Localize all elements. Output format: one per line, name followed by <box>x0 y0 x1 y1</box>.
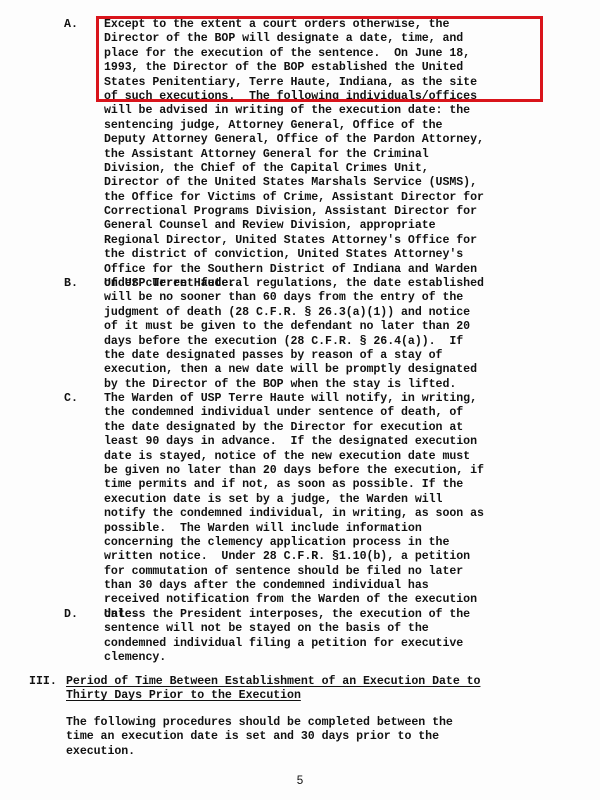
section-iii-label: III. <box>29 675 57 689</box>
section-c-label: C. <box>64 392 78 406</box>
text-line: by the Director of the BOP when the stay… <box>104 378 484 392</box>
text-line: Regional Director, United States Attorne… <box>104 234 484 248</box>
text-line: will be advised in writing of the execut… <box>104 104 484 118</box>
text-line: States Penitentiary, Terre Haute, Indian… <box>104 76 484 90</box>
text-line: received notification from the Warden of… <box>104 593 484 607</box>
text-line: Under current federal regulations, the d… <box>104 277 484 291</box>
text-line: sentencing judge, Attorney General, Offi… <box>104 119 484 133</box>
section-b-paragraph: Under current federal regulations, the d… <box>104 277 484 392</box>
text-line: Period of Time Between Establishment of … <box>66 675 480 689</box>
text-line: execution, then a new date will be promp… <box>104 363 484 377</box>
text-line: possible. The Warden will include inform… <box>104 522 484 536</box>
text-line: 1993, the Director of the BOP establishe… <box>104 61 484 75</box>
section-iii-heading: Period of Time Between Establishment of … <box>66 675 480 704</box>
text-line: the Office for Victims of Crime, Assista… <box>104 191 484 205</box>
text-line: time permits and if not, as soon as poss… <box>104 478 484 492</box>
text-line: of it must be given to the defendant no … <box>104 320 484 334</box>
text-line: Deputy Attorney General, Office of the P… <box>104 133 484 147</box>
text-line: Office for the Southern District of Indi… <box>104 263 484 277</box>
text-line: written notice. Under 28 C.F.R. §1.10(b)… <box>104 550 484 564</box>
text-line: execution. <box>66 745 453 759</box>
text-line: least 90 days in advance. If the designa… <box>104 435 484 449</box>
text-line: than 30 days after the condemned individ… <box>104 579 484 593</box>
text-line: the Assistant Attorney General for the C… <box>104 148 484 162</box>
section-iii-body: The following procedures should be compl… <box>66 716 453 759</box>
text-line: the condemned individual under sentence … <box>104 406 484 420</box>
section-a-label: A. <box>64 18 78 32</box>
text-line: the date designated by the Director for … <box>104 421 484 435</box>
text-line: execution date is set by a judge, the Wa… <box>104 493 484 507</box>
text-line: days before the execution (28 C.F.R. § 2… <box>104 335 484 349</box>
text-line: of such executions. The following indivi… <box>104 90 484 104</box>
text-line: the date designated passes by reason of … <box>104 349 484 363</box>
text-line: General Counsel and Review Division, app… <box>104 219 484 233</box>
text-line: place for the execution of the sentence.… <box>104 47 484 61</box>
section-b-label: B. <box>64 277 78 291</box>
section-d-label: D. <box>64 608 78 622</box>
text-line: Unless the President interposes, the exe… <box>104 608 470 622</box>
text-line: time an execution date is set and 30 day… <box>66 730 453 744</box>
text-line: concerning the clemency application proc… <box>104 536 484 550</box>
text-line: judgment of death (28 C.F.R. § 26.3(a)(1… <box>104 306 484 320</box>
section-c-paragraph: The Warden of USP Terre Haute will notif… <box>104 392 484 622</box>
text-line: The following procedures should be compl… <box>66 716 453 730</box>
section-d-paragraph: Unless the President interposes, the exe… <box>104 608 470 666</box>
text-line: Correctional Programs Division, Assistan… <box>104 205 484 219</box>
text-line: The Warden of USP Terre Haute will notif… <box>104 392 484 406</box>
text-line: Director of the United States Marshals S… <box>104 176 484 190</box>
text-line: be given no later than 20 days before th… <box>104 464 484 478</box>
text-line: Director of the BOP will designate a dat… <box>104 32 484 46</box>
text-line: the district of conviction, United State… <box>104 248 484 262</box>
text-line: date is stayed, notice of the new execut… <box>104 450 484 464</box>
page-number: 5 <box>0 774 600 787</box>
text-line: condemned individual filing a petition f… <box>104 637 470 651</box>
text-line: clemency. <box>104 651 470 665</box>
text-line: Except to the extent a court orders othe… <box>104 18 484 32</box>
text-line: Thirty Days Prior to the Execution <box>66 689 480 703</box>
section-a-paragraph: Except to the extent a court orders othe… <box>104 18 484 291</box>
document-page: A. Except to the extent a court orders o… <box>0 0 600 800</box>
text-line: will be no sooner than 60 days from the … <box>104 291 484 305</box>
text-line: sentence will not be stayed on the basis… <box>104 622 470 636</box>
text-line: for commutation of sentence should be fi… <box>104 565 484 579</box>
text-line: Division, the Chief of the Capital Crime… <box>104 162 484 176</box>
text-line: notify the condemned individual, in writ… <box>104 507 484 521</box>
